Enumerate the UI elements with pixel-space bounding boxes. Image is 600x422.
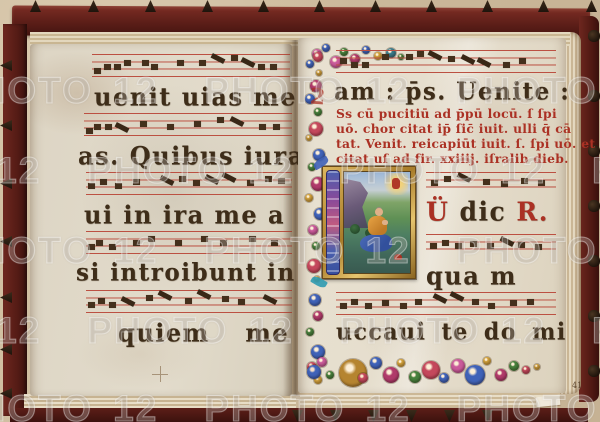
folio-number: 41 [572, 381, 582, 390]
chant-word: dic [460, 196, 517, 227]
manuscript-photo: uenit uias me as. Quibus iura ui in ira … [0, 0, 600, 422]
chant-line: qua m [426, 260, 517, 291]
binding-spine-left [3, 24, 27, 416]
red-object [394, 254, 402, 260]
initial-letter-stem [326, 170, 340, 275]
music-staff [426, 172, 556, 194]
figure-praying-hands [382, 220, 388, 225]
music-staff [336, 50, 556, 73]
rubric-response-letter: R. [516, 196, 548, 227]
rubric-line: tat. Venit. reicapiūt iuit. ſ. ſpi uō. e… [336, 136, 558, 151]
right-page: 2 am : p̄s. Uenite : Ss cū pucitiū ad p̄… [298, 38, 566, 393]
cross-mark [152, 366, 168, 382]
chant-line: si introibunt in re [76, 258, 335, 287]
miniature-king-david-praying [343, 171, 411, 274]
rubric-block: Ss cū pucitiū ad p̄pū locū. ſ ſpi uō. ch… [336, 106, 558, 166]
tree-icon [350, 224, 360, 234]
music-staff [84, 113, 292, 136]
chant-line: uccaui te do mi [336, 318, 567, 346]
chant-line-continuation: am : p̄s. Uenite : [334, 77, 570, 106]
chant-line: as. Quibus iura [78, 140, 305, 171]
left-page: uenit uias me as. Quibus iura ui in ira … [30, 44, 292, 396]
rubric-line: uō. chor citat ip̄ ſic̄ iuit. ulli q̄ cā [336, 121, 558, 136]
rubric-versicle-letter: Ü [426, 196, 460, 227]
floral-border-bottom [302, 351, 546, 391]
music-staff [86, 290, 292, 313]
figure-head [375, 208, 383, 216]
chant-line: uenit uias me [94, 81, 297, 112]
god-in-glory-icon [384, 173, 408, 195]
music-staff [86, 231, 292, 254]
music-staff [426, 234, 556, 256]
music-staff [336, 292, 556, 315]
page-stack-bottom-edge-right [300, 391, 560, 407]
rubric-line: Ss cū pucitiū ad p̄pū locū. ſ ſpi [336, 106, 558, 121]
figure-body [368, 216, 387, 235]
music-staff [92, 54, 290, 77]
binding-right-edge [579, 16, 599, 402]
chant-line: ui in ira me a [84, 199, 285, 230]
music-staff [86, 172, 292, 195]
illuminated-initial [322, 166, 416, 279]
binding-bottom-edge [10, 408, 588, 422]
paragraph-mark: 2 [309, 83, 326, 110]
chant-line: quiem me [118, 317, 289, 348]
figure-robe [359, 232, 393, 253]
rock-bluff [343, 178, 368, 228]
chant-line-invitatory: Ü dic R. [426, 196, 549, 227]
rubric-line: citat uſ ad fir. xxiiij. iſralib dieb. [336, 151, 558, 166]
